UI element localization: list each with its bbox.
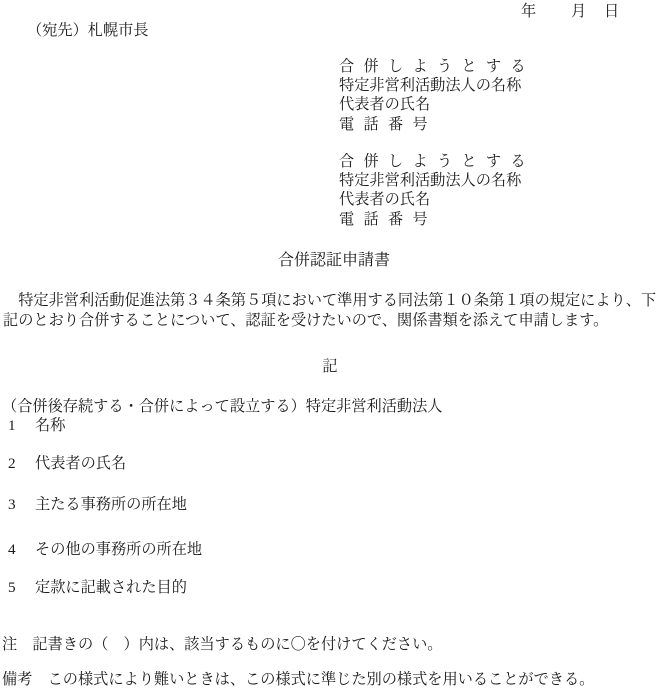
ki-heading: 記 [0, 357, 660, 376]
item-label: 主たる事務所の所在地 [35, 496, 187, 513]
item-label: その他の事務所の所在地 [35, 541, 202, 558]
item-number: 4 [8, 540, 35, 559]
corporation-name-label: 特定非営利活動法人の名称 [339, 76, 535, 95]
applicant-block-1: 合併しようとする 特定非営利活動法人の名称 代表者の氏名 電話番号 [339, 57, 535, 134]
date-day-label: 日 [604, 2, 619, 21]
applicant-block-2: 合併しようとする 特定非営利活動法人の名称 代表者の氏名 電話番号 [339, 152, 535, 229]
list-item-purpose: 5定款に記載された目的 [8, 578, 187, 597]
item-label: 代表者の氏名 [35, 455, 126, 472]
representative-name-label: 代表者の氏名 [339, 190, 535, 209]
list-item-representative: 2代表者の氏名 [8, 454, 126, 473]
item-label: 定款に記載された目的 [35, 579, 187, 596]
merging-intent-label: 合併しようとする [339, 57, 535, 76]
item-number: 2 [8, 454, 35, 473]
item-number: 1 [8, 416, 35, 435]
representative-name-label: 代表者の氏名 [339, 95, 535, 114]
merging-intent-label: 合併しようとする [339, 152, 535, 171]
list-item-other-office: 4その他の事務所の所在地 [8, 540, 202, 559]
remark-line: 備考 この様式により難いときは、この様式に準じた別の様式を用いることができる。 [2, 670, 594, 689]
addressee-line: （宛先）札幌市長 [27, 21, 149, 40]
phone-number-label: 電話番号 [339, 115, 535, 134]
note-line: 注 記書きの（ ）内は、該当するものに〇を付けてください。 [2, 635, 442, 654]
list-heading: （合併後存続する・合併によって設立する）特定非営利活動法人 [2, 397, 442, 416]
application-form-page: 年 月 日 （宛先）札幌市長 合併しようとする 特定非営利活動法人の名称 代表者… [0, 0, 660, 693]
list-item-name: 1名称 [8, 416, 65, 435]
item-number: 3 [8, 495, 35, 514]
item-number: 5 [8, 578, 35, 597]
date-month-label: 月 [571, 2, 586, 21]
corporation-name-label: 特定非営利活動法人の名称 [339, 171, 535, 190]
list-item-main-office: 3主たる事務所の所在地 [8, 495, 187, 514]
date-year-label: 年 [521, 2, 536, 21]
document-title: 合併認証申請書 [0, 252, 660, 270]
item-label: 名称 [35, 417, 65, 434]
phone-number-label: 電話番号 [339, 210, 535, 229]
application-statement: 特定非営利活動促進法第３４条第５項において準用する同法第１０条第１項の規定により… [3, 291, 660, 332]
